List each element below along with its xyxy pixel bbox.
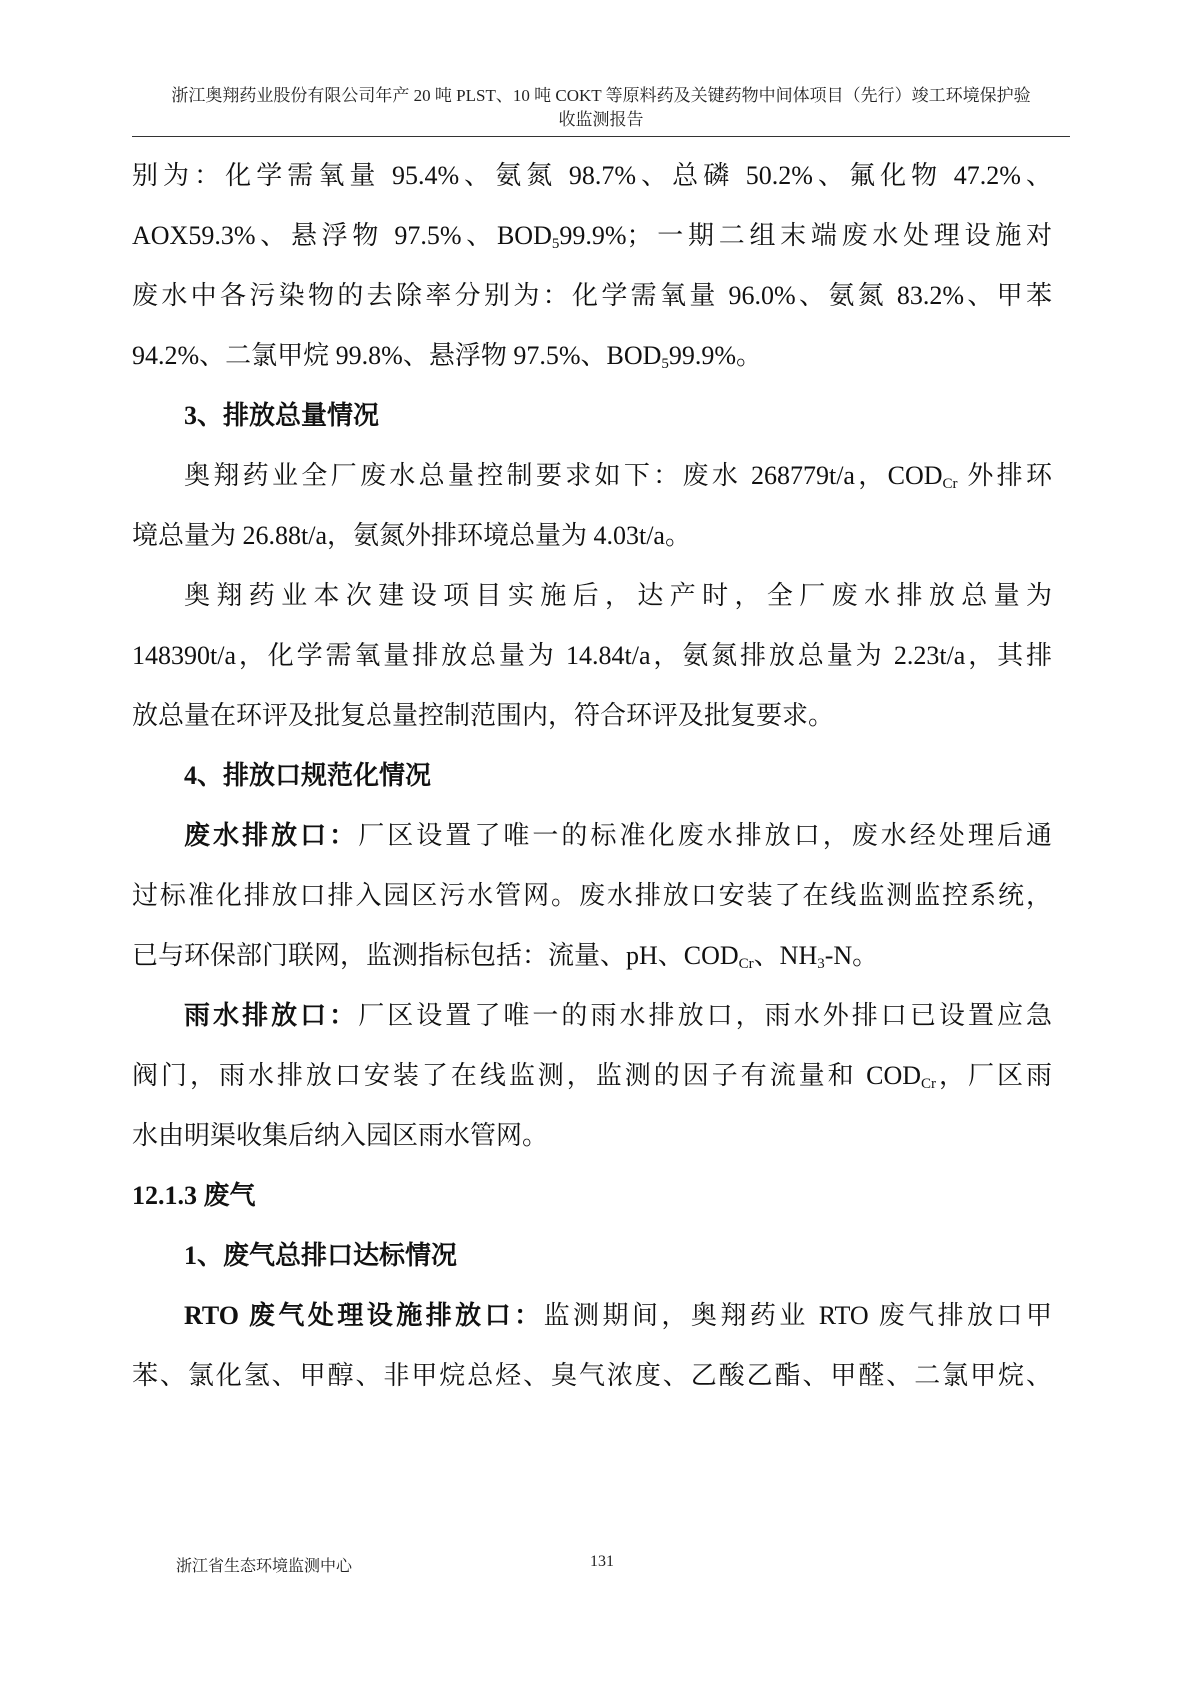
paragraph-line: 别为：化学需氧量 95.4%、氨氮 98.7%、总磷 50.2%、氟化物 47.… — [132, 146, 1052, 206]
label-rainwater-outlet: 雨水排放口： — [184, 1001, 358, 1030]
section-heading-exhaust-gas: 12.1.3 废气 — [132, 1166, 1052, 1226]
header-title-line1: 浙江奥翔药业股份有限公司年产 20 吨 PLST、10 吨 COKT 等原料药及… — [132, 84, 1070, 108]
label-rto-outlet: RTO 废气处理设施排放口： — [184, 1301, 544, 1330]
label-wastewater-outlet: 废水排放口： — [184, 821, 358, 850]
document-body: 别为：化学需氧量 95.4%、氨氮 98.7%、总磷 50.2%、氟化物 47.… — [132, 146, 1052, 1406]
paragraph-line: 94.2%、二氯甲烷 99.8%、悬浮物 97.5%、BOD599.9%。 — [132, 326, 1052, 386]
paragraph-line: 雨水排放口：厂区设置了唯一的雨水排放口，雨水外排口已设置应急 — [132, 986, 1052, 1046]
paragraph-line: 阀门，雨水排放口安装了在线监测，监测的因子有流量和 CODCr，厂区雨 — [132, 1046, 1052, 1106]
paragraph-line: RTO 废气处理设施排放口：监测期间，奥翔药业 RTO 废气排放口甲 — [132, 1286, 1052, 1346]
page-header: 浙江奥翔药业股份有限公司年产 20 吨 PLST、10 吨 COKT 等原料药及… — [132, 84, 1070, 132]
paragraph-line: 奥翔药业全厂废水总量控制要求如下：废水 268779t/a，CODCr 外排环 — [132, 446, 1052, 506]
heading-outlet-standardization: 4、排放口规范化情况 — [132, 746, 1052, 806]
paragraph-line: 废水中各污染物的去除率分别为：化学需氧量 96.0%、氨氮 83.2%、甲苯 — [132, 266, 1052, 326]
paragraph-line: 水由明渠收集后纳入园区雨水管网。 — [132, 1106, 1052, 1166]
heading-discharge-total: 3、排放总量情况 — [132, 386, 1052, 446]
paragraph-line: 过标准化排放口排入园区污水管网。废水排放口安装了在线监测监控系统， — [132, 866, 1052, 926]
paragraph-line: 苯、氯化氢、甲醇、非甲烷总烃、臭气浓度、乙酸乙酯、甲醛、二氯甲烷、 — [132, 1346, 1052, 1406]
header-title-line2: 收监测报告 — [132, 108, 1070, 132]
paragraph-line: 放总量在环评及批复总量控制范围内，符合环评及批复要求。 — [132, 686, 1052, 746]
paragraph-line: 已与环保部门联网，监测指标包括：流量、pH、CODCr、NH3-N。 — [132, 926, 1052, 986]
paragraph-line: 奥翔药业本次建设项目实施后，达产时，全厂废水排放总量为 — [132, 566, 1052, 626]
paragraph-line: AOX59.3%、悬浮物 97.5%、BOD599.9%；一期二组末端废水处理设… — [132, 206, 1052, 266]
paragraph-line: 境总量为 26.88t/a，氨氮外排环境总量为 4.03t/a。 — [132, 506, 1052, 566]
footer-organization: 浙江省生态环境监测中心 — [176, 1553, 352, 1576]
header-divider — [132, 136, 1070, 137]
heading-exhaust-compliance: 1、废气总排口达标情况 — [132, 1226, 1052, 1286]
paragraph-line: 148390t/a，化学需氧量排放总量为 14.84t/a，氨氮排放总量为 2.… — [132, 626, 1052, 686]
page-number: 131 — [590, 1553, 614, 1571]
paragraph-line: 废水排放口：厂区设置了唯一的标准化废水排放口，废水经处理后通 — [132, 806, 1052, 866]
